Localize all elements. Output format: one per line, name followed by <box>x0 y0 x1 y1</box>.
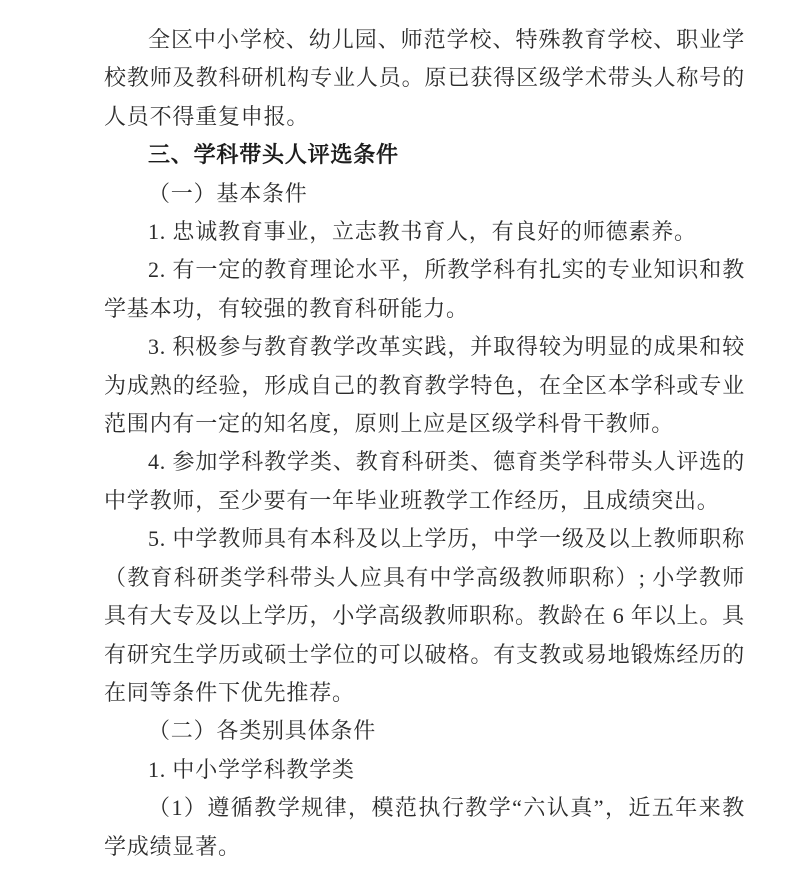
category-condition-item-1: （1）遵循教学规律，模范执行教学“六认真”，近五年来教学成绩显著。 <box>104 789 745 866</box>
category-heading-subject-teaching: 1. 中小学学科教学类 <box>104 751 745 789</box>
subsection-heading-specific-conditions: （二）各类别具体条件 <box>104 712 745 750</box>
intro-paragraph: 全区中小学校、幼儿园、师范学校、特殊教育学校、职业学校教师及教科研机构专业人员。… <box>104 21 745 136</box>
basic-condition-item-5: 5. 中学教师具有本科及以上学历，中学一级及以上教师职称（教育科研类学科带头人应… <box>104 520 745 712</box>
basic-condition-item-2: 2. 有一定的教育理论水平，所教学科有扎实的专业知识和教学基本功，有较强的教育科… <box>104 251 745 328</box>
basic-condition-item-1: 1. 忠诚教育事业，立志教书育人，有良好的师德素养。 <box>104 213 745 251</box>
basic-condition-item-4: 4. 参加学科教学类、教育科研类、德育类学科带头人评选的中学教师，至少要有一年毕… <box>104 443 745 520</box>
basic-condition-item-3: 3. 积极参与教育教学改革实践，并取得较为明显的成果和较为成熟的经验，形成自己的… <box>104 328 745 443</box>
document-page: 全区中小学校、幼儿园、师范学校、特殊教育学校、职业学校教师及教科研机构专业人员。… <box>0 0 800 873</box>
section-heading-selection-criteria: 三、学科带头人评选条件 <box>104 136 745 174</box>
document-text-block: 全区中小学校、幼儿园、师范学校、特殊教育学校、职业学校教师及教科研机构专业人员。… <box>104 21 745 866</box>
subsection-heading-basic-conditions: （一）基本条件 <box>104 175 745 213</box>
